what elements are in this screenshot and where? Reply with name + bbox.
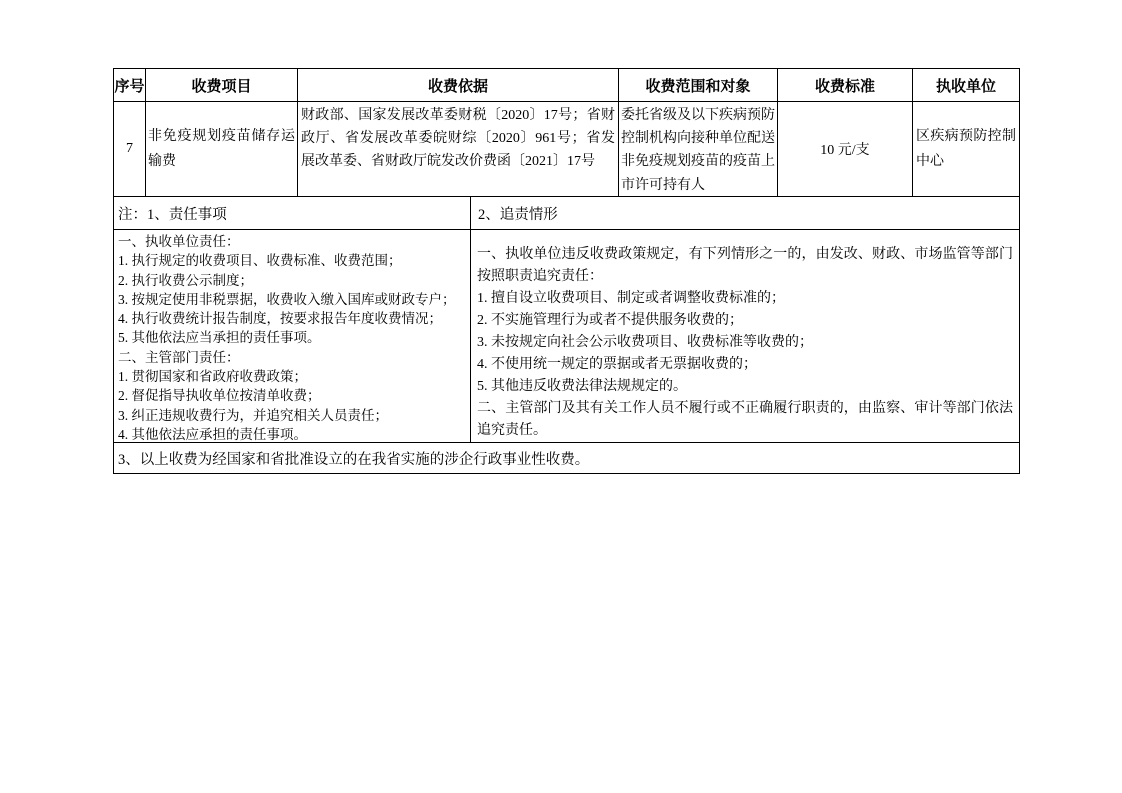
cell-collecting-unit: 区疾病预防控制中心 [913, 102, 1019, 196]
column-header-item: 收费项目 [146, 69, 298, 101]
cell-fee-scope: 委托省级及以下疾病预防控制机构向接种单位配送非免疫规划疫苗的疫苗上市许可持有人 [619, 102, 778, 196]
accountability-items-text: 一、执收单位违反收费政策规定，有下列情形之一的，由发改、财政、市场监管等部门按照… [471, 230, 1019, 442]
cell-seq: 7 [114, 102, 146, 196]
column-header-seq: 序号 [114, 69, 146, 101]
table-header-row: 序号 收费项目 收费依据 收费范围和对象 收费标准 执收单位 [114, 69, 1019, 102]
note-header-responsibility: 注：1、责任事项 [114, 197, 471, 229]
collecting-unit-text: 区疾病预防控制中心 [916, 124, 1016, 174]
footer-note-row: 3、以上收费为经国家和省批准设立的在我省实施的涉企行政事业性收费。 [114, 443, 1019, 473]
column-header-unit: 执收单位 [913, 69, 1019, 101]
fee-schedule-table: 序号 收费项目 收费依据 收费范围和对象 收费标准 执收单位 7 非免疫规划疫苗… [113, 68, 1020, 474]
fee-item-text: 非免疫规划疫苗储存运输费 [148, 124, 295, 174]
responsibility-row: 一、执收单位责任： 1. 执行规定的收费项目、收费标准、收费范围； 2. 执行收… [114, 230, 1019, 443]
fee-basis-text: 财政部、国家发展改革委财税〔2020〕17号；省财政厅、省发展改革委皖财综〔20… [301, 104, 615, 174]
fee-scope-text: 委托省级及以下疾病预防控制机构向接种单位配送非免疫规划疫苗的疫苗上市许可持有人 [621, 104, 775, 196]
column-header-standard: 收费标准 [778, 69, 913, 101]
cell-fee-standard: 10 元/支 [778, 102, 913, 196]
cell-fee-item: 非免疫规划疫苗储存运输费 [146, 102, 298, 196]
note-header-accountability: 2、追责情形 [471, 197, 1019, 229]
column-header-basis: 收费依据 [298, 69, 619, 101]
note-header-row: 注：1、责任事项 2、追责情形 [114, 197, 1019, 230]
document-page: 序号 收费项目 收费依据 收费范围和对象 收费标准 执收单位 7 非免疫规划疫苗… [0, 0, 1122, 793]
table-row: 7 非免疫规划疫苗储存运输费 财政部、国家发展改革委财税〔2020〕17号；省财… [114, 102, 1019, 197]
column-header-scope: 收费范围和对象 [619, 69, 778, 101]
footer-note-text: 3、以上收费为经国家和省批准设立的在我省实施的涉企行政事业性收费。 [114, 443, 1019, 473]
cell-fee-basis: 财政部、国家发展改革委财税〔2020〕17号；省财政厅、省发展改革委皖财综〔20… [298, 102, 619, 196]
responsibility-items-text: 一、执收单位责任： 1. 执行规定的收费项目、收费标准、收费范围； 2. 执行收… [114, 230, 471, 442]
